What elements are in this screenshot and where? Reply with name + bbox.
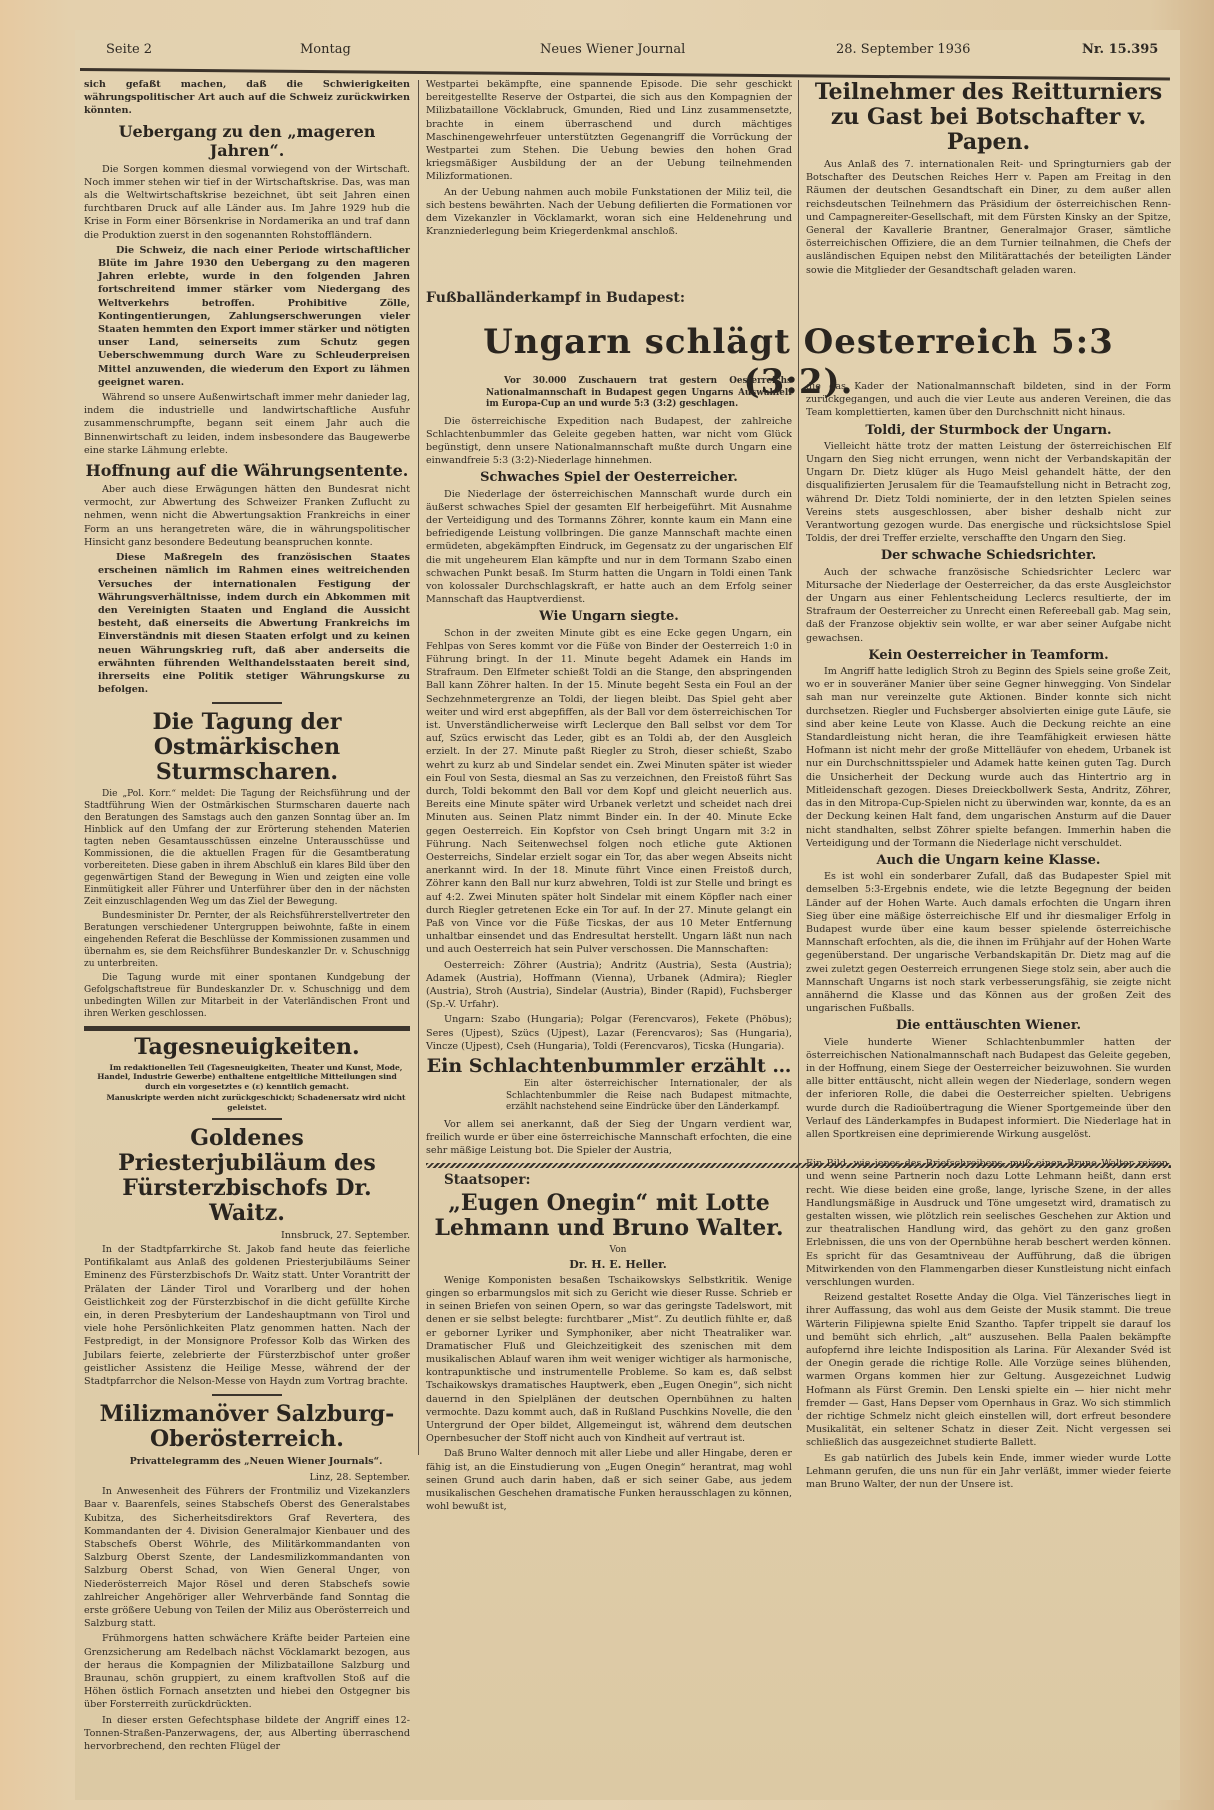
- weekday: Montag: [300, 42, 351, 57]
- column-1: sich gefaßt machen, daß die Schwierigkei…: [84, 78, 410, 1755]
- dateline: Linz, 28. September.: [84, 1471, 410, 1484]
- kicker-football: Fußballänderkampf in Budapest:: [426, 290, 685, 306]
- subsection-heading: Die enttäuschten Wiener.: [806, 1019, 1171, 1032]
- newspaper-name: Neues Wiener Journal: [540, 42, 685, 57]
- section-title-tagesneuigkeiten: Tagesneuigkeiten.: [84, 1035, 410, 1060]
- article-continuation: Ein Bild, wie jenes des Briefschreibens,…: [806, 1157, 1171, 1289]
- paragraph: Die Tagung wurde mit einer spontanen Kun…: [84, 972, 410, 1020]
- article-continuation: die das Kader der Nationalmannschaft bil…: [806, 380, 1171, 420]
- masthead: Seite 2 Montag Neues Wiener Journal 28. …: [106, 42, 1161, 64]
- article-headline: Ein Schlachtenbummler erzählt …: [426, 1057, 792, 1076]
- column-3-upper: Teilnehmer des Reitturniers zu Gast bei …: [806, 78, 1171, 279]
- subsection-heading: Schwaches Spiel der Oesterreicher.: [426, 471, 792, 484]
- editorial-note: Im redaktionellen Teil (Tagesneuigkeiten…: [84, 1063, 410, 1092]
- article-deck: Vor 30.000 Zuschauern trat gestern Oeste…: [486, 376, 792, 411]
- subsection-heading: Der schwache Schiedsrichter.: [806, 549, 1171, 562]
- article-continuation: sich gefaßt machen, daß die Schwierigkei…: [84, 78, 410, 118]
- subsection-heading: Wie Ungarn siegte.: [426, 610, 792, 623]
- paragraph: Bundesminister Dr. Pernter, der als Reic…: [84, 910, 410, 970]
- article-headline: Goldenes Priesterjubiläum des Fürsterzbi…: [84, 1126, 410, 1226]
- article-headline: Teilnehmer des Reitturniers zu Gast bei …: [806, 80, 1171, 155]
- paragraph: Auch der schwache französische Schiedsri…: [806, 566, 1171, 645]
- paragraph: In dieser ersten Gefechtsphase bildete d…: [84, 1714, 410, 1754]
- lineup-austria: Oesterreich: Zöhrer (Austria); Andritz (…: [426, 959, 792, 1012]
- paragraph-emphasis: Diese Maßregeln des französischen Staate…: [84, 551, 410, 696]
- separator: [212, 702, 282, 704]
- column-2-upper: Westpartei bekämpfte, eine spannende Epi…: [426, 78, 792, 240]
- paragraph: An der Uebung nahmen auch mobile Funksta…: [426, 186, 792, 239]
- article-headline: Die Tagung der Ostmärkischen Sturmschare…: [84, 710, 410, 785]
- spacer: [806, 1143, 1171, 1157]
- kicker-staatsoper: Staatsoper:: [426, 1174, 792, 1187]
- paragraph: Aber auch diese Erwägungen hätten den Bu…: [84, 483, 410, 549]
- section-heading: Hoffnung auf die Währungsentente.: [84, 461, 410, 480]
- paragraph-emphasis: Die Schweiz, die nach einer Periode wirt…: [84, 244, 410, 389]
- dateline: Innsbruck, 27. September.: [84, 1229, 410, 1242]
- page-number: Seite 2: [106, 42, 152, 57]
- paragraph: Daß Bruno Walter dennoch mit aller Liebe…: [426, 1447, 792, 1513]
- byline-author: Dr. H. E. Heller.: [426, 1258, 792, 1271]
- article-headline: „Eugen Onegin“ mit Lotte Lehmann und Bru…: [426, 1191, 792, 1241]
- subsection-heading: Toldi, der Sturmbock der Ungarn.: [806, 424, 1171, 437]
- paragraph: Im Angriff hatte lediglich Stroh zu Begi…: [806, 665, 1171, 850]
- column-3-lower: die das Kader der Nationalmannschaft bil…: [806, 380, 1171, 1493]
- issue-date: 28. September 1936: [836, 42, 970, 57]
- paragraph: Aus Anlaß des 7. internationalen Reit- u…: [806, 158, 1171, 277]
- editorial-note: Manuskripte werden nicht zurückgeschickt…: [84, 1093, 410, 1112]
- paragraph: Die österreichische Expedition nach Buda…: [426, 415, 792, 468]
- subsection-heading: Auch die Ungarn keine Klasse.: [806, 854, 1171, 867]
- separator: [212, 1394, 282, 1396]
- paragraph: Es gab natürlich des Jubels kein Ende, i…: [806, 1452, 1171, 1492]
- section-heading: Uebergang zu den „mageren Jahren“.: [84, 122, 410, 160]
- paragraph: Reizend gestaltet Rosette Anday die Olga…: [806, 1291, 1171, 1449]
- byline-prefix: Von: [426, 1244, 792, 1257]
- separator: [212, 1118, 282, 1120]
- article-continuation: Westpartei bekämpfte, eine spannende Epi…: [426, 78, 792, 184]
- paragraph: In Anwesenheit des Führers der Frontmili…: [84, 1485, 410, 1630]
- paragraph: Die Sorgen kommen diesmal vorwiegend von…: [84, 163, 410, 242]
- paragraph: In der Stadtpfarrkirche St. Jakob fand h…: [84, 1243, 410, 1388]
- column-2-lower: Vor 30.000 Zuschauern trat gestern Oeste…: [426, 374, 792, 1515]
- paragraph: Vor allem sei anerkannt, daß der Sieg de…: [426, 1118, 792, 1158]
- subsection-heading: Kein Oesterreicher in Teamform.: [806, 649, 1171, 662]
- section-rule: [84, 1026, 410, 1031]
- paragraph: Vielleicht hätte trotz der matten Leistu…: [806, 440, 1171, 546]
- paragraph: Wenige Komponisten besaßen Tschaikowskys…: [426, 1274, 792, 1446]
- paragraph: Die „Pol. Korr.“ meldet: Die Tagung der …: [84, 788, 410, 908]
- article-headline: Milizmanöver Salzburg-Oberösterreich.: [84, 1402, 410, 1452]
- lineup-hungary: Ungarn: Szabo (Hungaria); Polgar (Ferenc…: [426, 1013, 792, 1053]
- subheadline: Privattelegramm des „Neuen Wiener Journa…: [84, 1455, 410, 1468]
- paragraph: Frühmorgens hatten schwächere Kräfte bei…: [84, 1632, 410, 1711]
- paragraph: Schon in der zweiten Minute gibt es eine…: [426, 627, 792, 957]
- column-divider: [418, 80, 419, 1455]
- column-divider: [798, 80, 799, 1410]
- paragraph: Während so unsere Außenwirtschaft immer …: [84, 391, 410, 457]
- paragraph: Die Niederlage der österreichischen Mann…: [426, 488, 792, 607]
- paragraph: Es ist wohl ein sonderbarer Zufall, daß …: [806, 870, 1171, 1015]
- paragraph: Viele hunderte Wiener Schlachtenbummler …: [806, 1036, 1171, 1142]
- issue-number: Nr. 15.395: [1082, 42, 1158, 57]
- article-deck: Ein alter österreichischer International…: [506, 1079, 792, 1114]
